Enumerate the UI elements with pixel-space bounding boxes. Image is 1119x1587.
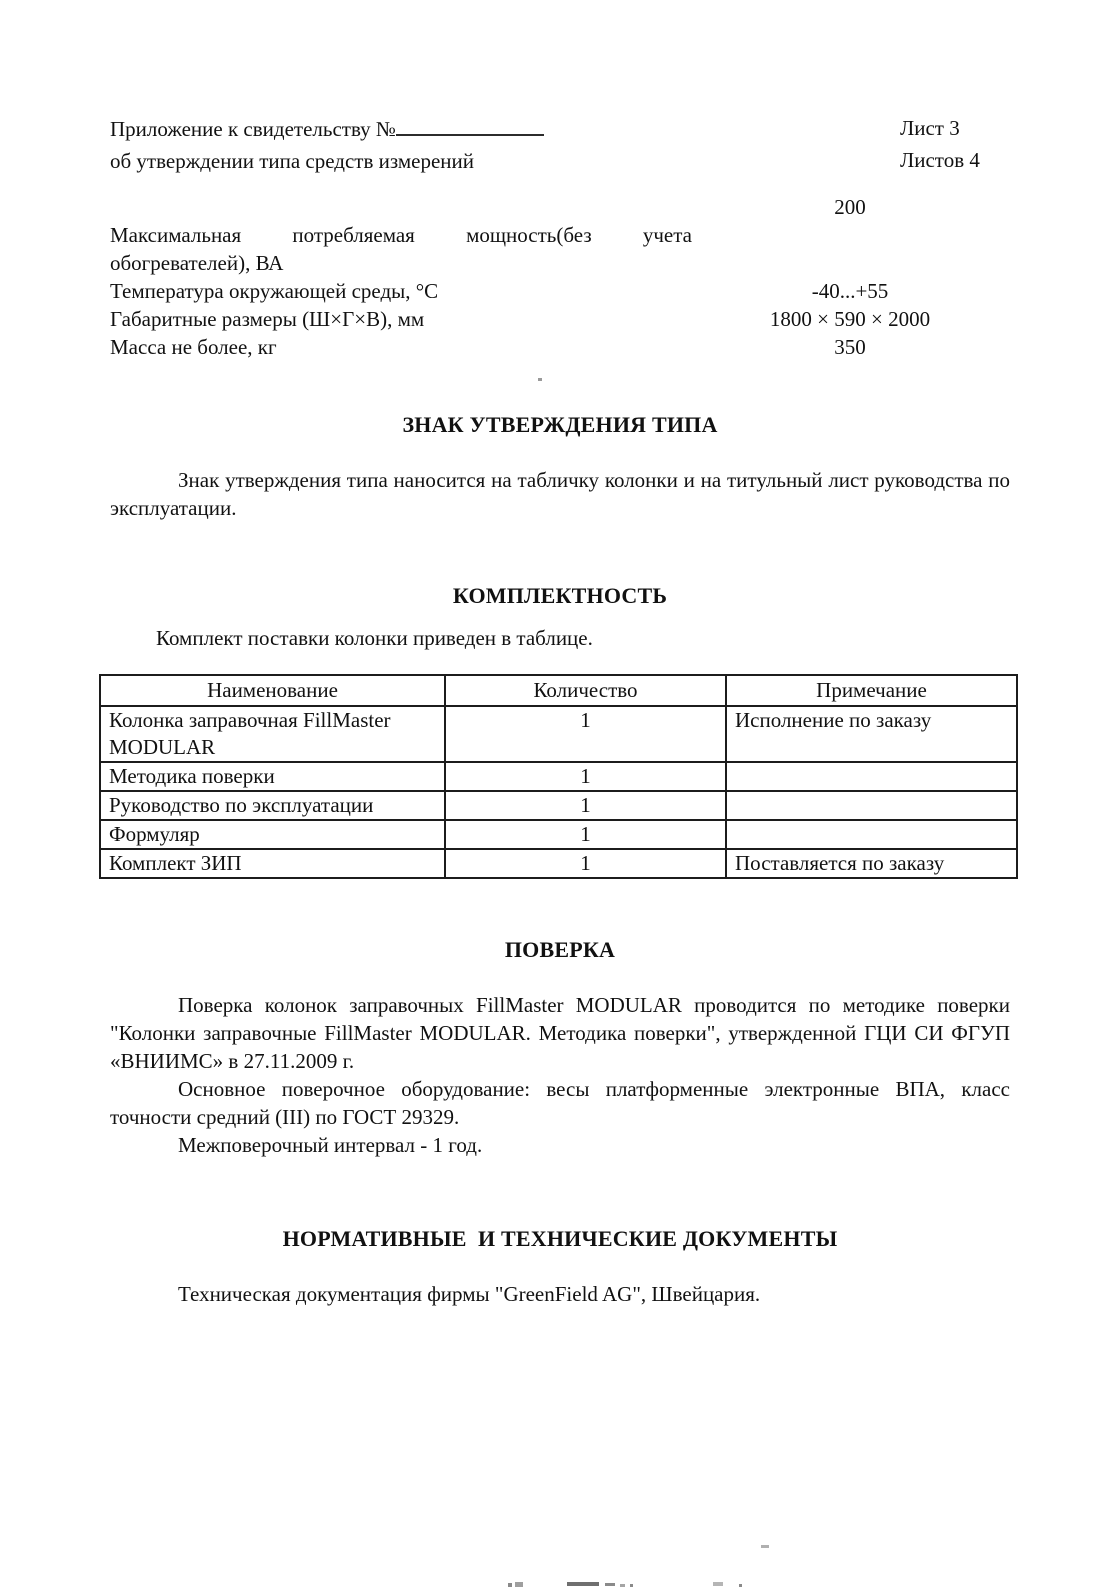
normative-docs-paragraph: Техническая документация фирмы "GreenFie… [110, 1280, 1010, 1308]
cell-note [726, 820, 1017, 849]
table-row: Колонка заправочная FillMaster MODULAR 1… [100, 706, 1017, 762]
cell-name: Комплект ЗИП [100, 849, 445, 878]
column-header-note: Примечание [726, 675, 1017, 706]
sheets-total: Листов 4 [900, 144, 1010, 176]
page-header: Приложение к свидетельству № об утвержде… [110, 112, 1010, 177]
type-approval-mark-paragraph: Знак утверждения типа наносится на табли… [110, 466, 1010, 522]
column-header-quantity: Количество [445, 675, 726, 706]
scan-artifact [713, 1582, 723, 1586]
header-left-block: Приложение к свидетельству № об утвержде… [110, 112, 544, 177]
table-row: Методика поверки 1 [100, 762, 1017, 791]
spec-label-power: Максимальная потребляемая мощность(без у… [110, 221, 692, 277]
cell-note: Поставляется по заказу [726, 849, 1017, 878]
spec-row: Максимальная потребляемая мощность(без у… [110, 221, 1010, 277]
table-row: Комплект ЗИП 1 Поставляется по заказу [100, 849, 1017, 878]
spec-row: Температура окружающей среды, °С -40...+… [110, 277, 1010, 305]
scan-artifact [567, 1582, 599, 1586]
cell-name: Формуляр [100, 820, 445, 849]
certificate-number-blank-line [396, 112, 544, 136]
verification-paragraph-equipment: Основное поверочное оборудование: весы п… [110, 1075, 1010, 1131]
spec-value-dimensions: 1800 × 590 × 2000 [690, 305, 1010, 333]
spec-row: Масса не более, кг 350 [110, 333, 1010, 361]
spec-value-temperature: -40...+55 [690, 277, 1010, 305]
cell-quantity: 1 [445, 706, 726, 762]
table-header-row: Наименование Количество Примечание [100, 675, 1017, 706]
cell-note [726, 791, 1017, 820]
section-heading-type-approval-mark: ЗНАК УТВЕРЖДЕНИЯ ТИПА [110, 411, 1010, 439]
section-heading-normative-docs: НОРМАТИВНЫЕ И ТЕХНИЧЕСКИЕ ДОКУМЕНТЫ [110, 1225, 1010, 1253]
scan-artifact [508, 1583, 512, 1587]
verification-paragraph-interval: Межповерочный интервал - 1 год. [110, 1131, 1010, 1159]
sheet-number: Лист 3 [900, 112, 1010, 144]
scan-artifact [515, 1582, 523, 1587]
spec-value-power: 200 [690, 193, 1010, 221]
specs-list: 200 Максимальная потребляемая мощность(б… [110, 193, 1010, 361]
cell-name: Руководство по эксплуатации [100, 791, 445, 820]
spec-row: Габаритные размеры (Ш×Г×В), мм 1800 × 59… [110, 305, 1010, 333]
spec-value-mass: 350 [690, 333, 1010, 361]
cell-note [726, 762, 1017, 791]
cell-note: Исполнение по заказу [726, 706, 1017, 762]
delivery-set-table: Наименование Количество Примечание Колон… [99, 674, 1018, 879]
cell-name: Колонка заправочная FillMaster MODULAR [100, 706, 445, 762]
appendix-line: Приложение к свидетельству № [110, 112, 544, 145]
section-heading-completeness: КОМПЛЕКТНОСТЬ [110, 582, 1010, 610]
table-row: Формуляр 1 [100, 820, 1017, 849]
cell-quantity: 1 [445, 849, 726, 878]
section-heading-verification: ПОВЕРКА [110, 936, 1010, 964]
appendix-label: Приложение к свидетельству № [110, 117, 396, 141]
scan-artifact [605, 1583, 615, 1586]
approval-line: об утверждении типа средств измерений [110, 145, 544, 177]
cell-quantity: 1 [445, 762, 726, 791]
cell-quantity: 1 [445, 820, 726, 849]
verification-paragraph-method: Поверка колонок заправочных FillMaster M… [110, 991, 1010, 1075]
spec-label-dimensions: Габаритные размеры (Ш×Г×В), мм [110, 305, 690, 333]
column-header-name: Наименование [100, 675, 445, 706]
scan-artifact [761, 1545, 769, 1548]
scan-artifact [538, 378, 542, 381]
spec-row: 200 [110, 193, 1010, 221]
header-right-block: Лист 3 Листов 4 [900, 112, 1010, 177]
spec-label-temperature: Температура окружающей среды, °С [110, 277, 690, 305]
completeness-intro: Комплект поставки колонки приведен в таб… [110, 624, 1010, 652]
table-row: Руководство по эксплуатации 1 [100, 791, 1017, 820]
spec-label-mass: Масса не более, кг [110, 333, 690, 361]
document-page: Приложение к свидетельству № об утвержде… [0, 0, 1119, 1587]
cell-quantity: 1 [445, 791, 726, 820]
cell-name: Методика поверки [100, 762, 445, 791]
